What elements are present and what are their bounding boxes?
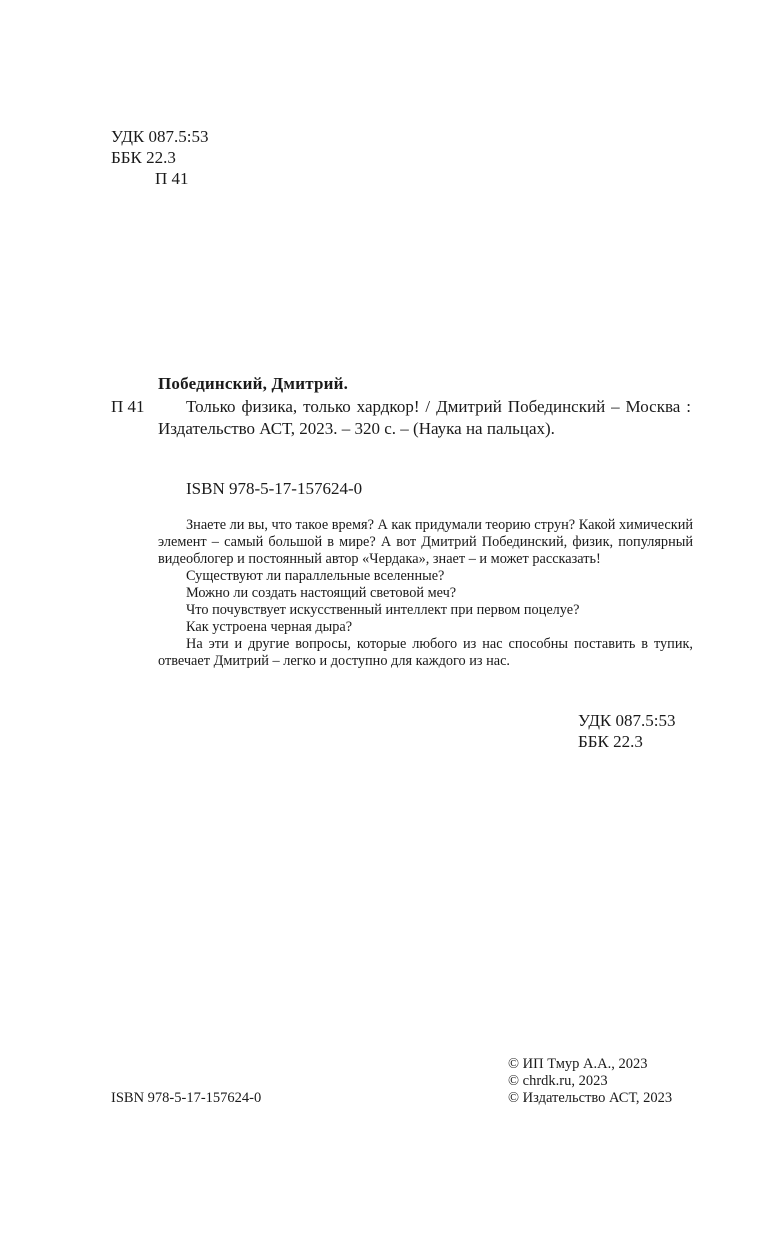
author-heading: Побединский, Дмитрий. [158,373,348,395]
annotation-paragraph: Знаете ли вы, что такое время? А как при… [158,517,693,568]
bbk-code-bottom: ББК 22.3 [578,731,643,752]
copyright-line: © chrdk.ru, 2023 [508,1073,608,1090]
udk-code-bottom: УДК 087.5:53 [578,710,675,731]
copyright-line: © Издательство АСТ, 2023 [508,1090,672,1107]
isbn-entry: ISBN 978-5-17-157624-0 [186,478,362,500]
author-mark-margin: П 41 [111,396,145,418]
isbn-footer: ISBN 978-5-17-157624-0 [111,1090,261,1107]
annotation-paragraph: Можно ли создать настоящий световой меч? [158,585,693,602]
udk-code-top: УДК 087.5:53 [111,126,208,147]
annotation-paragraph: Как устроена черная дыра? [158,619,693,636]
annotation-paragraph: Что почувствует искусственный интеллект … [158,602,693,619]
bibliographic-text: Только физика, только хардкор! / Дмитрий… [158,397,691,438]
author-mark-top: П 41 [155,168,189,189]
bibliographic-description: Только физика, только хардкор! / Дмитрий… [158,396,691,440]
bbk-code-top: ББК 22.3 [111,147,176,168]
annotation-paragraph: Существуют ли параллельные вселенные? [158,568,693,585]
annotation-paragraph: На эти и другие вопросы, которые любого … [158,636,693,670]
annotation: Знаете ли вы, что такое время? А как при… [158,517,693,670]
copyright-line: © ИП Тмур А.А., 2023 [508,1056,647,1073]
